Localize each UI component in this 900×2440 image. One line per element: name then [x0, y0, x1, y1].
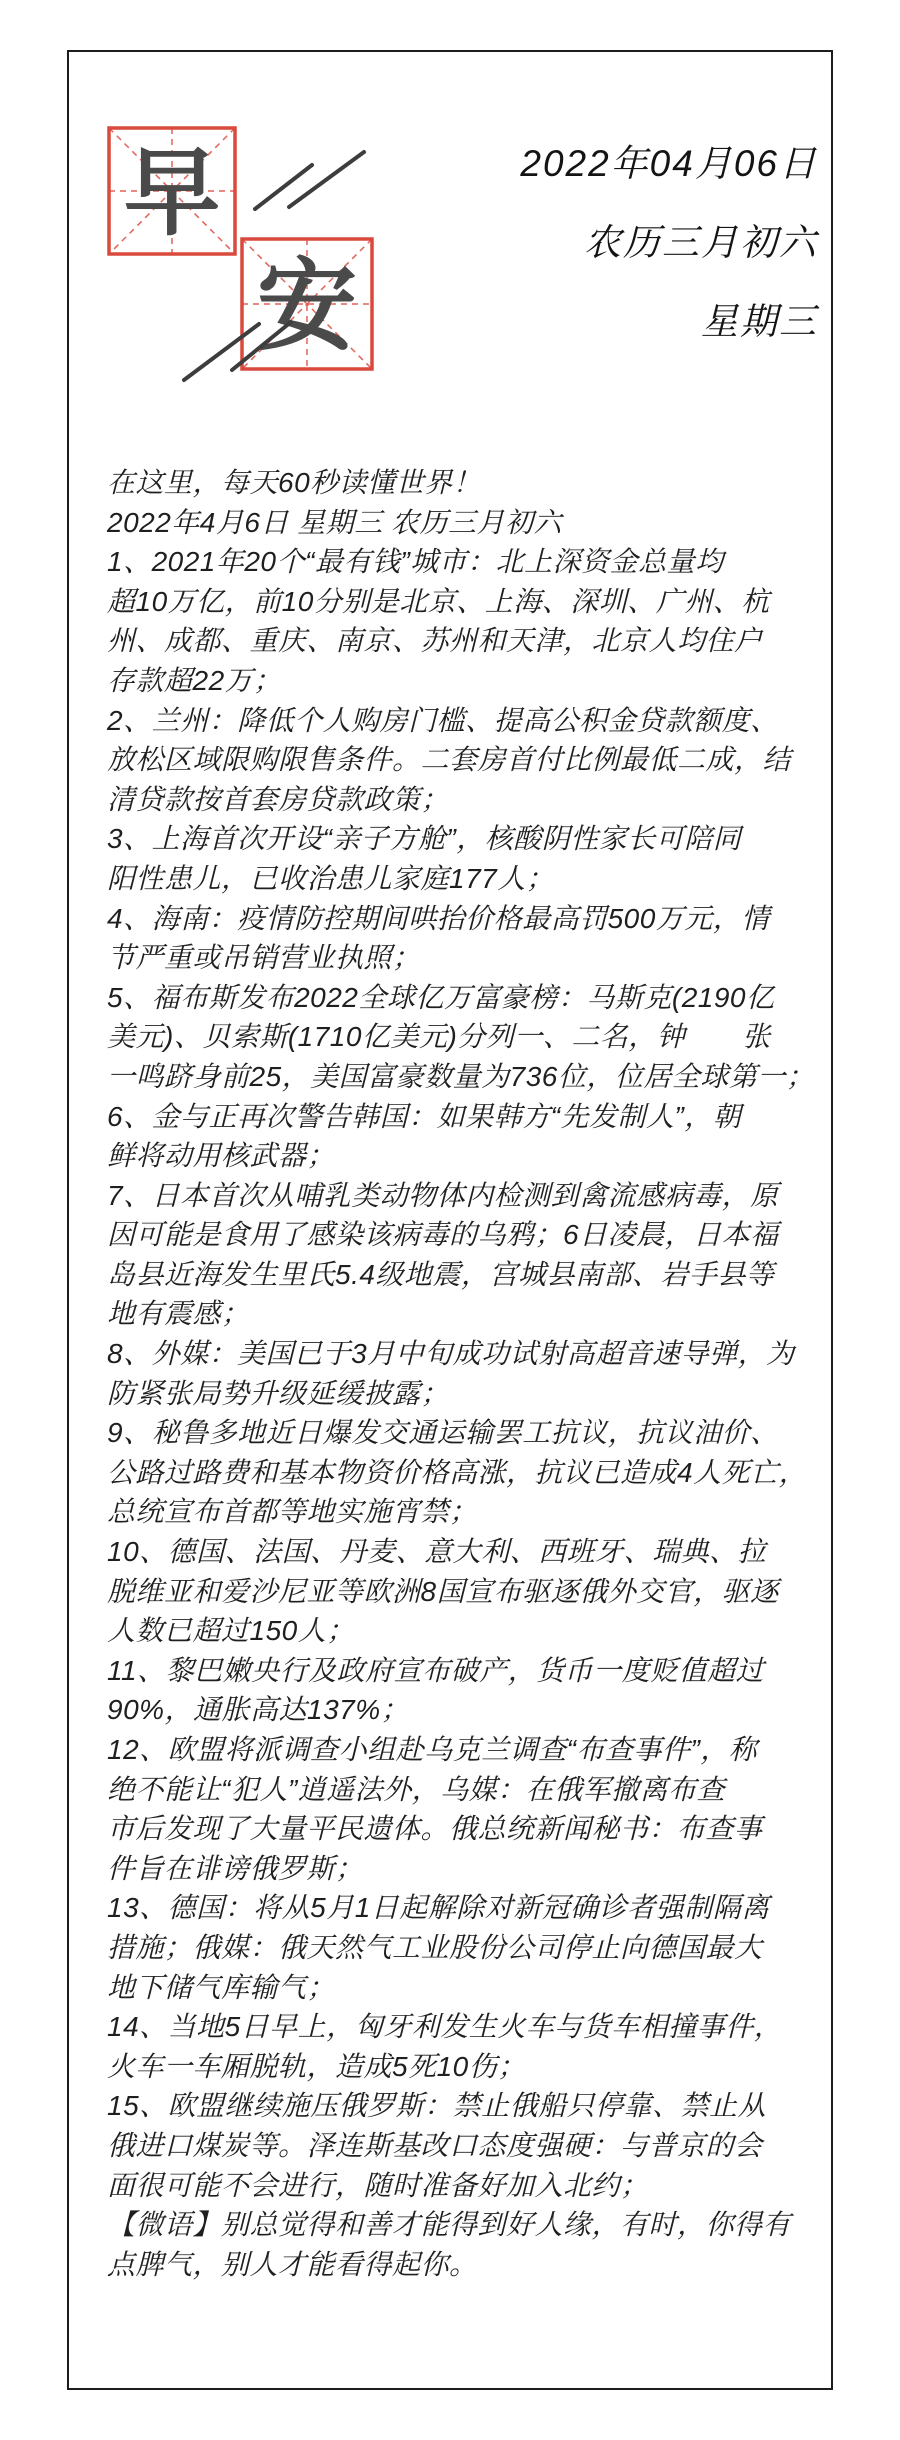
- text-line: 清贷款按首套房贷款政策；: [107, 780, 827, 820]
- logo-slashes-top: [255, 152, 364, 209]
- page-frame: 早 安 2022年04月06日: [67, 50, 833, 2390]
- text-line: 节严重或吊销营业执照；: [107, 938, 827, 978]
- good-morning-logo: 早 安: [99, 117, 439, 397]
- text-line: 火车一车厢脱轨，造成5死10伤；: [107, 2047, 827, 2087]
- date-block: 2022年04月06日 农历三月初六 星期三: [520, 124, 818, 361]
- text-line: 州、成都、重庆、南京、苏州和天津，北京人均住户: [107, 621, 827, 661]
- text-line: 6、金与正再次警告韩国：如果韩方“先发制人”，朝: [107, 1097, 827, 1137]
- text-line: 点脾气，别人才能看得起你。: [107, 2245, 827, 2285]
- text-line: 1、2021年20个“最有钱”城市：北上深资金总量均: [107, 542, 827, 582]
- text-line: 阳性患儿，已收治患儿家庭177人；: [107, 859, 827, 899]
- text-line: 5、福布斯发布2022全球亿万富豪榜：马斯克(2190亿: [107, 978, 827, 1018]
- text-line: 13、德国：将从5月1日起解除对新冠确诊者强制隔离: [107, 1888, 827, 1928]
- text-line: 12、欧盟将派调查小组赴乌克兰调查“布查事件”，称: [107, 1730, 827, 1770]
- text-line: 措施；俄媒：俄天然气工业股份公司停止向德国最大: [107, 1928, 827, 1968]
- text-line: 公路过路费和基本物资价格高涨，抗议已造成4人死亡，: [107, 1453, 827, 1493]
- text-line: 15、欧盟继续施压俄罗斯：禁止俄船只停靠、禁止从: [107, 2086, 827, 2126]
- text-line: 绝不能让“犯人”逍遥法外，乌媒：在俄军撤离布查: [107, 1770, 827, 1810]
- text-line: 放松区域限购限售条件。二套房首付比例最低二成，结: [107, 740, 827, 780]
- text-line: 一鸣跻身前25，美国富豪数量为736位，位居全球第一；: [107, 1057, 827, 1097]
- text-line: 在这里，每天60秒读懂世界！: [107, 463, 827, 503]
- text-line: 地有震感；: [107, 1294, 827, 1334]
- text-line: 9、秘鲁多地近日爆发交通运输罢工抗议，抗议油价、: [107, 1413, 827, 1453]
- text-line: 防紧张局势升级延缓披露；: [107, 1374, 827, 1414]
- logo-char-an: 安: [257, 248, 357, 365]
- text-line: 10、德国、法国、丹麦、意大利、西班牙、瑞典、拉: [107, 1532, 827, 1572]
- text-line: 因可能是食用了感染该病毒的乌鸦；6日凌晨，日本福: [107, 1215, 827, 1255]
- text-line: 2022年4月6日 星期三 农历三月初六: [107, 503, 827, 543]
- text-line: 鲜将动用核武器；: [107, 1136, 827, 1176]
- text-line: 7、日本首次从哺乳类动物体内检测到禽流感病毒，原: [107, 1176, 827, 1216]
- text-line: 3、上海首次开设“亲子方舱”，核酸阴性家长可陪同: [107, 819, 827, 859]
- weekday-line: 星期三: [520, 282, 818, 361]
- text-line: 美元)、贝索斯(1710亿美元)分列一、二名，钟 张: [107, 1017, 827, 1057]
- text-line: 岛县近海发生里氏5.4级地震，宫城县南部、岩手县等: [107, 1255, 827, 1295]
- text-line: 脱维亚和爱沙尼亚等欧洲8国宣布驱逐俄外交官，驱逐: [107, 1572, 827, 1612]
- text-line: 【微语】别总觉得和善才能得到好人缘，有时，你得有: [107, 2205, 827, 2245]
- text-line: 俄进口煤炭等。泽连斯基改口态度强硬：与普京的会: [107, 2126, 827, 2166]
- text-line: 11、黎巴嫩央行及政府宣布破产，货币一度贬值超过: [107, 1651, 827, 1691]
- logo-char-zao: 早: [124, 137, 220, 249]
- news-body: 在这里，每天60秒读懂世界！2022年4月6日 星期三 农历三月初六1、2021…: [107, 463, 827, 2284]
- text-line: 面很可能不会进行，随时准备好加入北约；: [107, 2166, 827, 2206]
- text-line: 地下储气库输气；: [107, 1968, 827, 2008]
- text-line: 总统宣布首都等地实施宵禁；: [107, 1492, 827, 1532]
- good-morning-news-page: 早 安 2022年04月06日: [0, 0, 900, 2440]
- lunar-date-line: 农历三月初六: [520, 203, 818, 282]
- calligraphy-grid-an: 安: [242, 239, 372, 369]
- text-line: 4、海南：疫情防控期间哄抬价格最高罚500万元，情: [107, 899, 827, 939]
- text-line: 超10万亿，前10分别是北京、上海、深圳、广州、杭: [107, 582, 827, 622]
- text-line: 人数已超过150人；: [107, 1611, 827, 1651]
- text-line: 14、当地5日早上，匈牙利发生火车与货车相撞事件，: [107, 2007, 827, 2047]
- calligraphy-grid-zao: 早: [109, 128, 235, 254]
- text-line: 90%，通胀高达137%；: [107, 1690, 827, 1730]
- text-line: 2、兰州：降低个人购房门槛、提高公积金贷款额度、: [107, 701, 827, 741]
- text-line: 件旨在诽谤俄罗斯；: [107, 1849, 827, 1889]
- text-line: 存款超22万；: [107, 661, 827, 701]
- text-line: 市后发现了大量平民遗体。俄总统新闻秘书：布查事: [107, 1809, 827, 1849]
- text-line: 8、外媒：美国已于3月中旬成功试射高超音速导弹，为: [107, 1334, 827, 1374]
- date-line: 2022年04月06日: [520, 124, 818, 203]
